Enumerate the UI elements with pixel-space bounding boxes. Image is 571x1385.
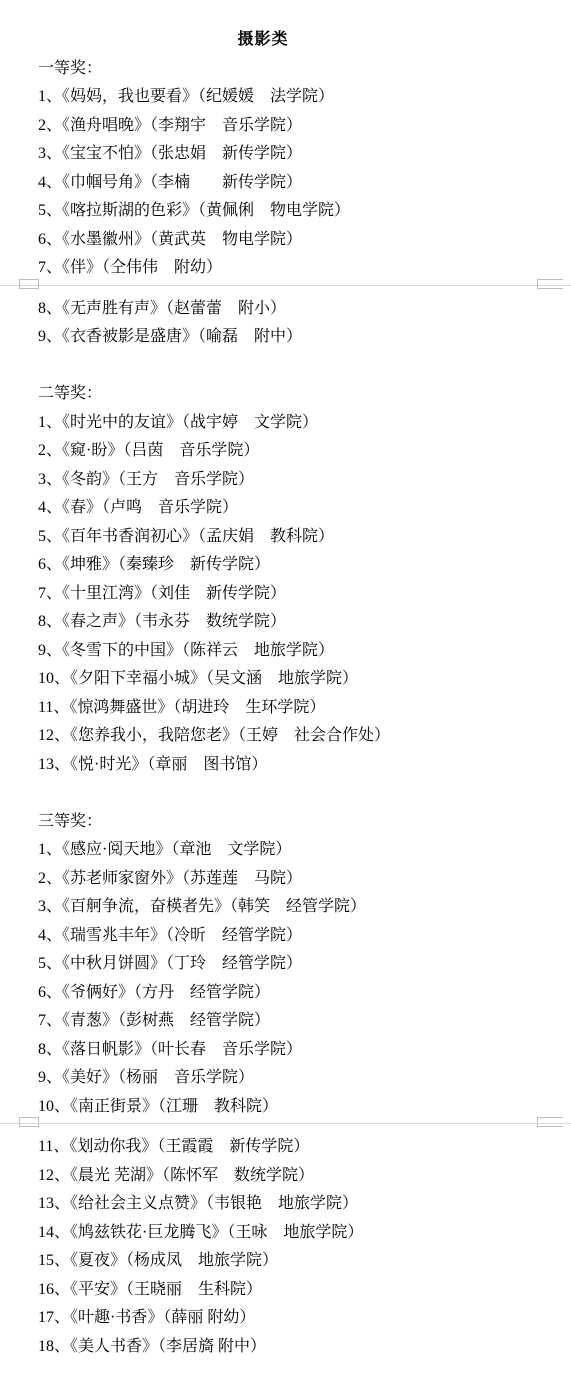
- award-entry: 10、《夕阳下幸福小城》（吴文涵 地旅学院）: [38, 665, 571, 694]
- page-break-divider: [0, 1121, 571, 1133]
- prize-section: 二等奖：1、《时光中的友谊》（战宇婷 文学院）2、《窥·盼》（吕茵 音乐学院）3…: [38, 380, 571, 779]
- page-break-line: [0, 285, 571, 286]
- prize-section: 一等奖：1、《妈妈，我也要看》（纪媛媛 法学院）2、《渔舟唱晚》（李翔宇 音乐学…: [38, 55, 571, 352]
- page-title: 摄影类: [38, 26, 488, 55]
- award-entry: 5、《喀拉斯湖的色彩》（黄佩俐 物电学院）: [38, 197, 571, 226]
- award-entry: 17、《叶趣·书香》（薛丽 附幼）: [38, 1304, 571, 1333]
- award-entry: 9、《美好》（杨丽 音乐学院）: [38, 1064, 571, 1093]
- section-heading: 三等奖：: [38, 808, 571, 837]
- award-entry: 16、《平安》（王晓丽 生科院）: [38, 1276, 571, 1305]
- award-entry: 2、《渔舟唱晚》（李翔宇 音乐学院）: [38, 112, 571, 141]
- award-entry: 10、《南正街景》（江珊 教科院）: [38, 1093, 571, 1122]
- award-entry: 6、《水墨徽州》（黄武英 物电学院）: [38, 226, 571, 255]
- award-entry: 18、《美人书香》（李居旖 附中）: [38, 1333, 571, 1362]
- award-entry: 9、《衣香被影是盛唐》（喻磊 附中）: [38, 323, 571, 352]
- award-entry: 4、《瑞雪兆丰年》（冷昕 经管学院）: [38, 922, 571, 951]
- award-entry: 3、《宝宝不怕》（张忠娟 新传学院）: [38, 140, 571, 169]
- page-break-marker-right: [537, 279, 563, 289]
- award-entry: 12、《您养我小，我陪您老》（王婷 社会合作处）: [38, 722, 571, 751]
- award-entry: 1、《时光中的友谊》（战宇婷 文学院）: [38, 409, 571, 438]
- award-entry: 12、《晨光 芜湖》（陈怀军 数统学院）: [38, 1162, 571, 1191]
- page-break-line: [0, 1123, 571, 1124]
- document-content: 摄影类 一等奖：1、《妈妈，我也要看》（纪媛媛 法学院）2、《渔舟唱晚》（李翔宇…: [0, 0, 571, 1361]
- page-break-marker-left: [19, 1117, 39, 1127]
- award-entry: 14、《鸠兹铁花·巨龙腾飞》（王咏 地旅学院）: [38, 1219, 571, 1248]
- award-entry: 11、《划动你我》（王霞霞 新传学院）: [38, 1133, 571, 1162]
- award-entry: 1、《感应·阅天地》（章池 文学院）: [38, 836, 571, 865]
- award-entry: 3、《百舸争流，奋楧者先》（韩笑 经管学院）: [38, 893, 571, 922]
- award-entry: 7、《青葱》（彭树燕 经管学院）: [38, 1007, 571, 1036]
- document-page: 摄影类 一等奖：1、《妈妈，我也要看》（纪媛媛 法学院）2、《渔舟唱晚》（李翔宇…: [0, 0, 571, 1385]
- section-heading: 一等奖：: [38, 55, 571, 84]
- award-entry: 2、《苏老师家窗外》（苏莲莲 马院）: [38, 865, 571, 894]
- page-break-marker-left: [19, 279, 39, 289]
- award-entry: 8、《落日帆影》（叶长春 音乐学院）: [38, 1036, 571, 1065]
- page-break-divider: [0, 283, 571, 295]
- award-entry: 9、《冬雪下的中国》（陈祥云 地旅学院）: [38, 637, 571, 666]
- award-entry: 6、《坤雅》（秦臻珍 新传学院）: [38, 551, 571, 580]
- award-entry: 4、《巾帼号角》（李楠 新传学院）: [38, 169, 571, 198]
- award-entry: 11、《惊鸿舞盛世》（胡进玲 生环学院）: [38, 694, 571, 723]
- award-entry: 5、《中秋月饼圆》（丁玲 经管学院）: [38, 950, 571, 979]
- prize-section: 三等奖：1、《感应·阅天地》（章池 文学院）2、《苏老师家窗外》（苏莲莲 马院）…: [38, 808, 571, 1362]
- award-entry: 6、《爷俩好》（方丹 经管学院）: [38, 979, 571, 1008]
- award-entry: 8、《无声胜有声》（赵蕾蕾 附小）: [38, 295, 571, 324]
- award-entry: 1、《妈妈，我也要看》（纪媛媛 法学院）: [38, 83, 571, 112]
- awards-list: 一等奖：1、《妈妈，我也要看》（纪媛媛 法学院）2、《渔舟唱晚》（李翔宇 音乐学…: [38, 55, 571, 1362]
- award-entry: 13、《给社会主义点赞》（韦银艳 地旅学院）: [38, 1190, 571, 1219]
- section-heading: 二等奖：: [38, 380, 571, 409]
- award-entry: 3、《冬韵》（王方 音乐学院）: [38, 466, 571, 495]
- award-entry: 7、《十里江湾》（刘佳 新传学院）: [38, 580, 571, 609]
- award-entry: 2、《窥·盼》（吕茵 音乐学院）: [38, 437, 571, 466]
- award-entry: 7、《伴》（仝伟伟 附幼）: [38, 254, 571, 283]
- award-entry: 8、《春之声》（韦永芬 数统学院）: [38, 608, 571, 637]
- page-break-marker-right: [537, 1117, 563, 1127]
- award-entry: 15、《夏夜》（杨成凤 地旅学院）: [38, 1247, 571, 1276]
- award-entry: 4、《春》（卢鸣 音乐学院）: [38, 494, 571, 523]
- award-entry: 5、《百年书香润初心》（孟庆娟 教科院）: [38, 523, 571, 552]
- award-entry: 13、《悦·时光》（章丽 图书馆）: [38, 751, 571, 780]
